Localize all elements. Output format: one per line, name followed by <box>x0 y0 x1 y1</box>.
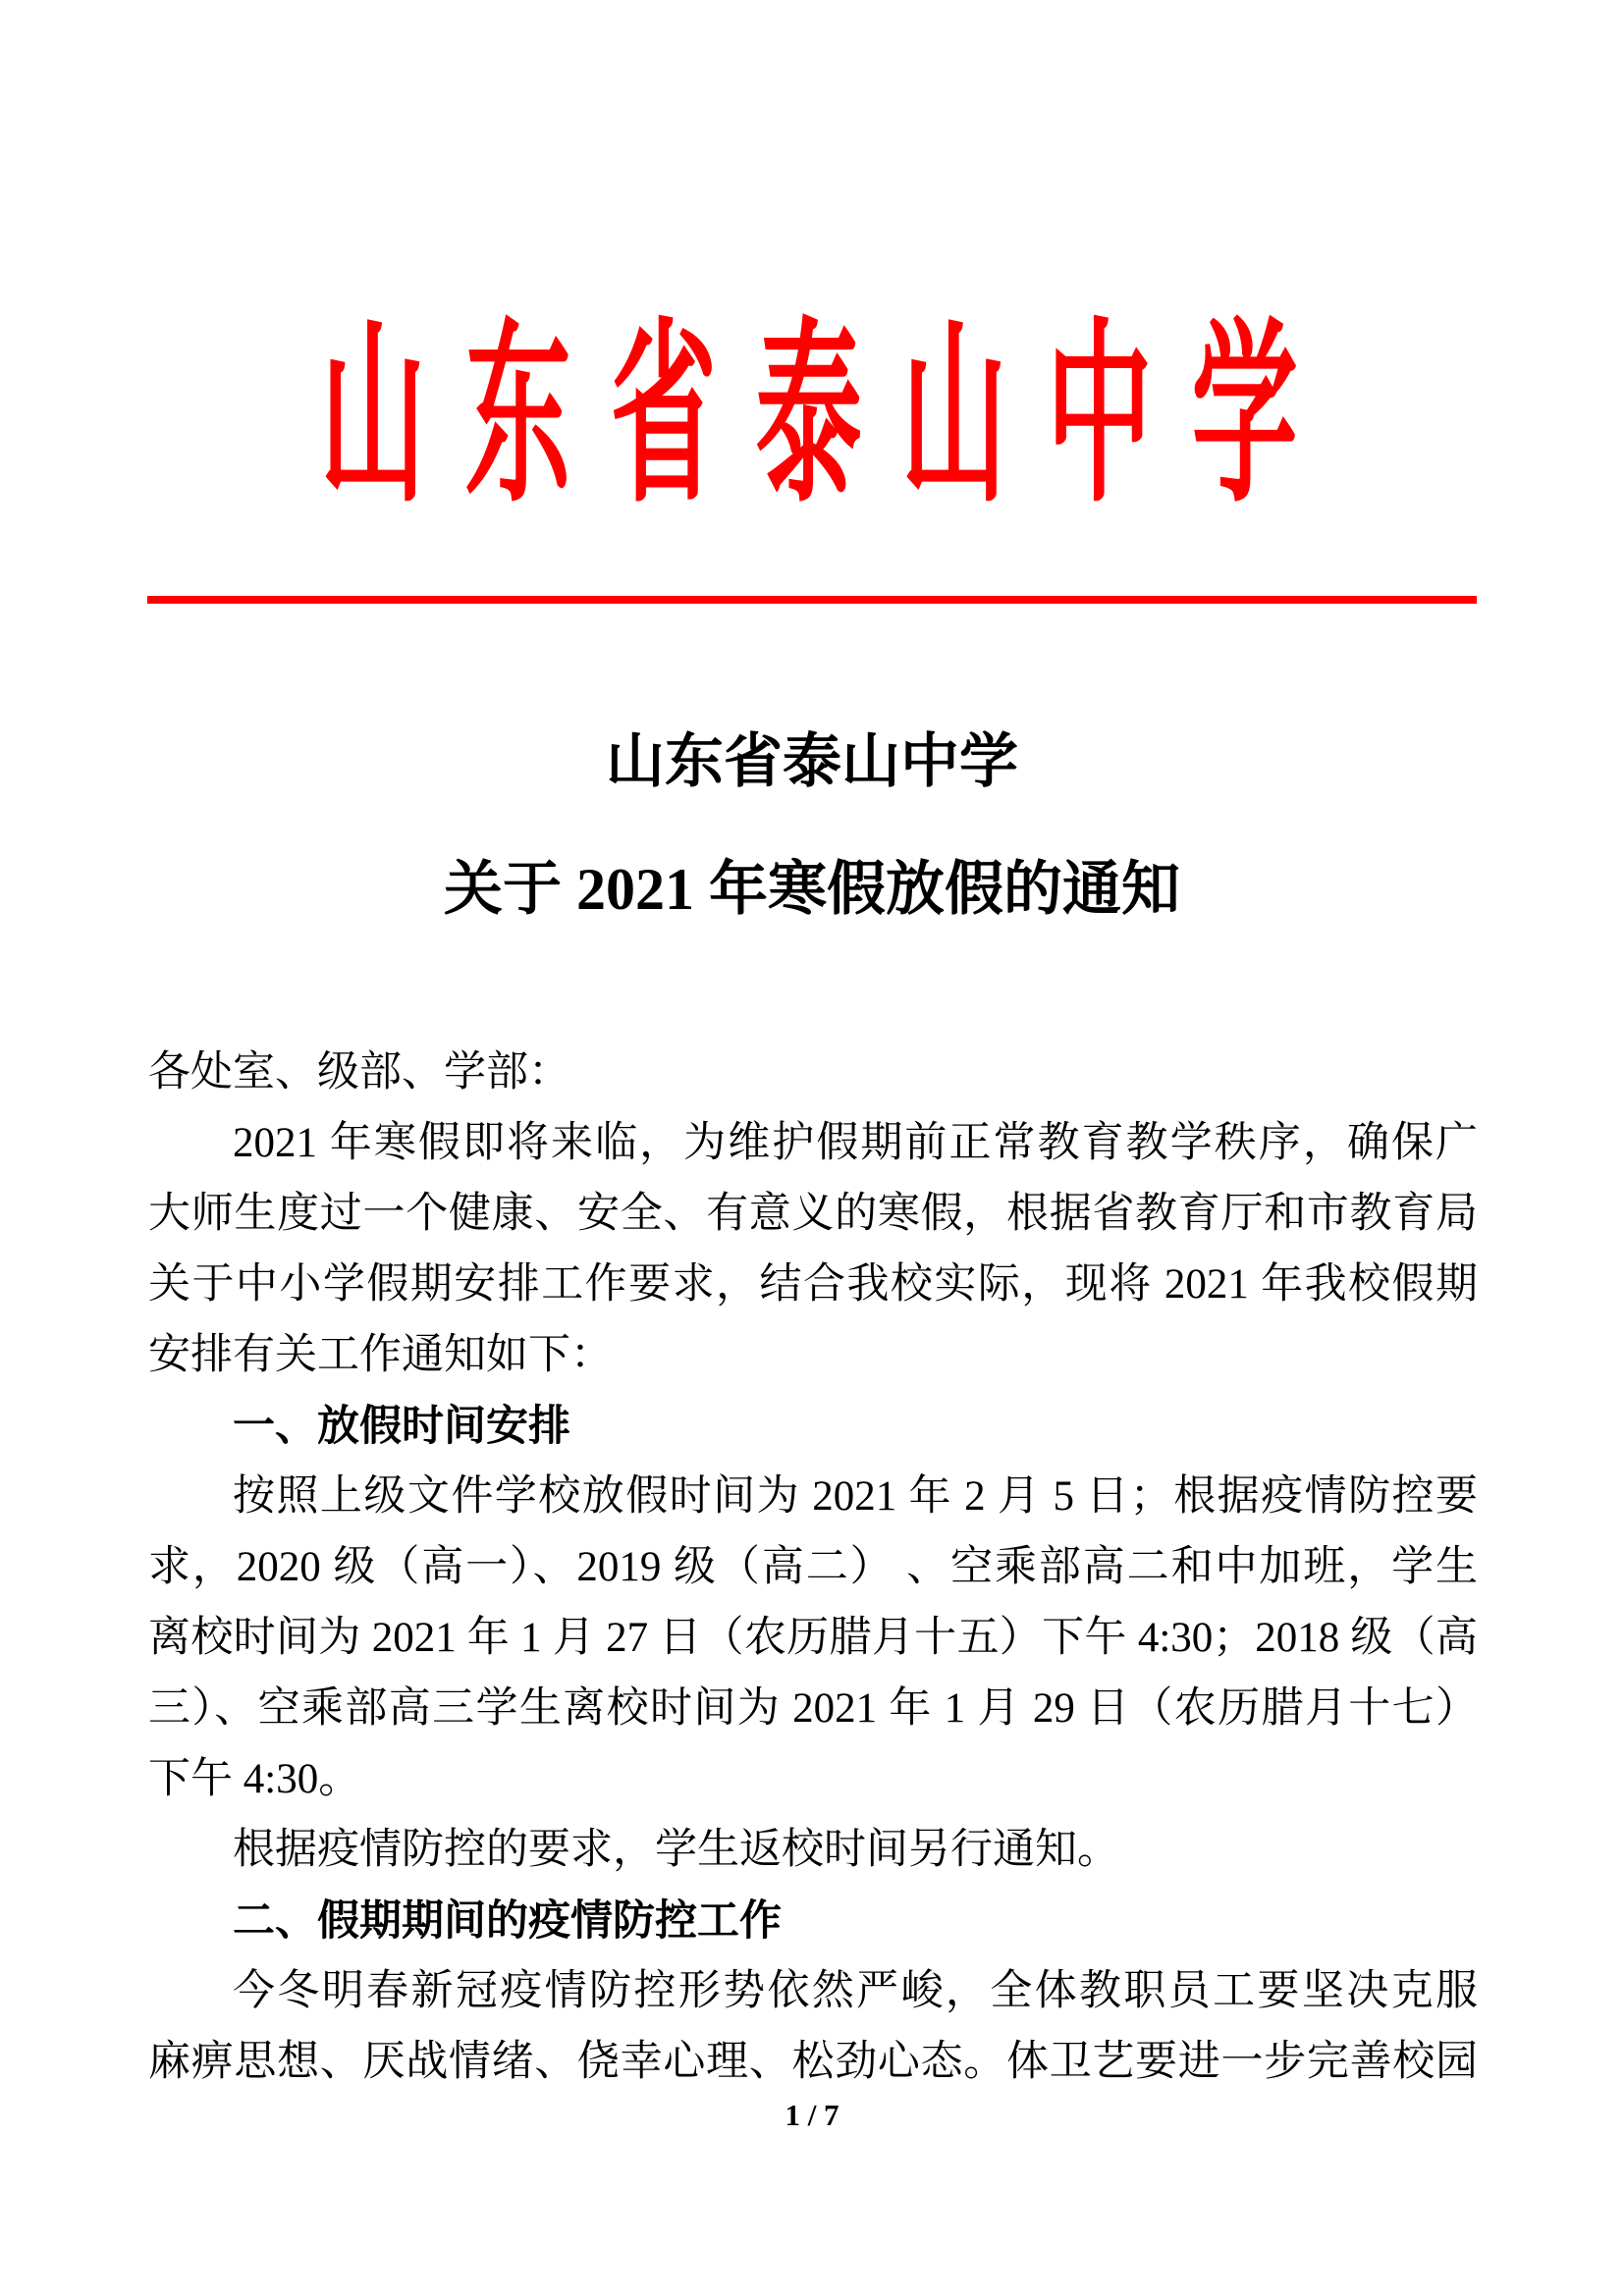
document-page: 山 东 省 泰 山 中 学 山东省泰山中学 关于 2021 年寒假放假的通知 各… <box>0 0 1624 2296</box>
body-line: 2021 年寒假即将来临，为维护假期前正常教育教学秩序，确保广 <box>148 1108 1478 1179</box>
body-line: 安排有关工作通知如下： <box>148 1320 1478 1391</box>
page-number: 1 / 7 <box>0 2099 1624 2132</box>
letterhead-text: 山 东 省 泰 山 中 学 <box>320 257 1304 539</box>
body-line: 根据疫情防控的要求，学生返校时间另行通知。 <box>148 1815 1478 1886</box>
body-line: 下午 4:30。 <box>148 1744 1478 1815</box>
body-line: 求，2020 级（高一）、2019 级（高二） 、空乘部高二和中加班，学生 <box>148 1532 1478 1603</box>
body-line: 按照上级文件学校放假时间为 2021 年 2 月 5 日；根据疫情防控要 <box>148 1462 1478 1532</box>
letterhead: 山 东 省 泰 山 中 学 <box>0 282 1624 513</box>
body-line: 今冬明春新冠疫情防控形势依然严峻，全体教职员工要坚决克服 <box>148 1956 1478 2027</box>
letterhead-divider-rule <box>147 596 1477 604</box>
body-line: 三）、空乘部高三学生离校时间为 2021 年 1 月 29 日（农历腊月十七） <box>148 1674 1478 1744</box>
salutation-line: 各处室、级部、学部： <box>148 1038 1478 1108</box>
body-line: 大师生度过一个健康、安全、有意义的寒假，根据省教育厅和市教育局 <box>148 1179 1478 1250</box>
section-1-heading: 一、放假时间安排 <box>148 1391 1478 1462</box>
document-title-line2: 关于 2021 年寒假放假的通知 <box>0 860 1624 919</box>
body-line: 关于中小学假期安排工作要求，结合我校实际，现将 2021 年我校假期 <box>148 1250 1478 1320</box>
document-title-line1: 山东省泰山中学 <box>0 732 1624 791</box>
section-2-heading: 二、假期期间的疫情防控工作 <box>148 1886 1478 1956</box>
body-line: 离校时间为 2021 年 1 月 27 日（农历腊月十五）下午 4:30；201… <box>148 1603 1478 1674</box>
document-body: 各处室、级部、学部： 2021 年寒假即将来临，为维护假期前正常教育教学秩序，确… <box>148 1038 1478 2098</box>
body-line: 麻痹思想、厌战情绪、侥幸心理、松劲心态。体卫艺要进一步完善校园 <box>148 2027 1478 2098</box>
